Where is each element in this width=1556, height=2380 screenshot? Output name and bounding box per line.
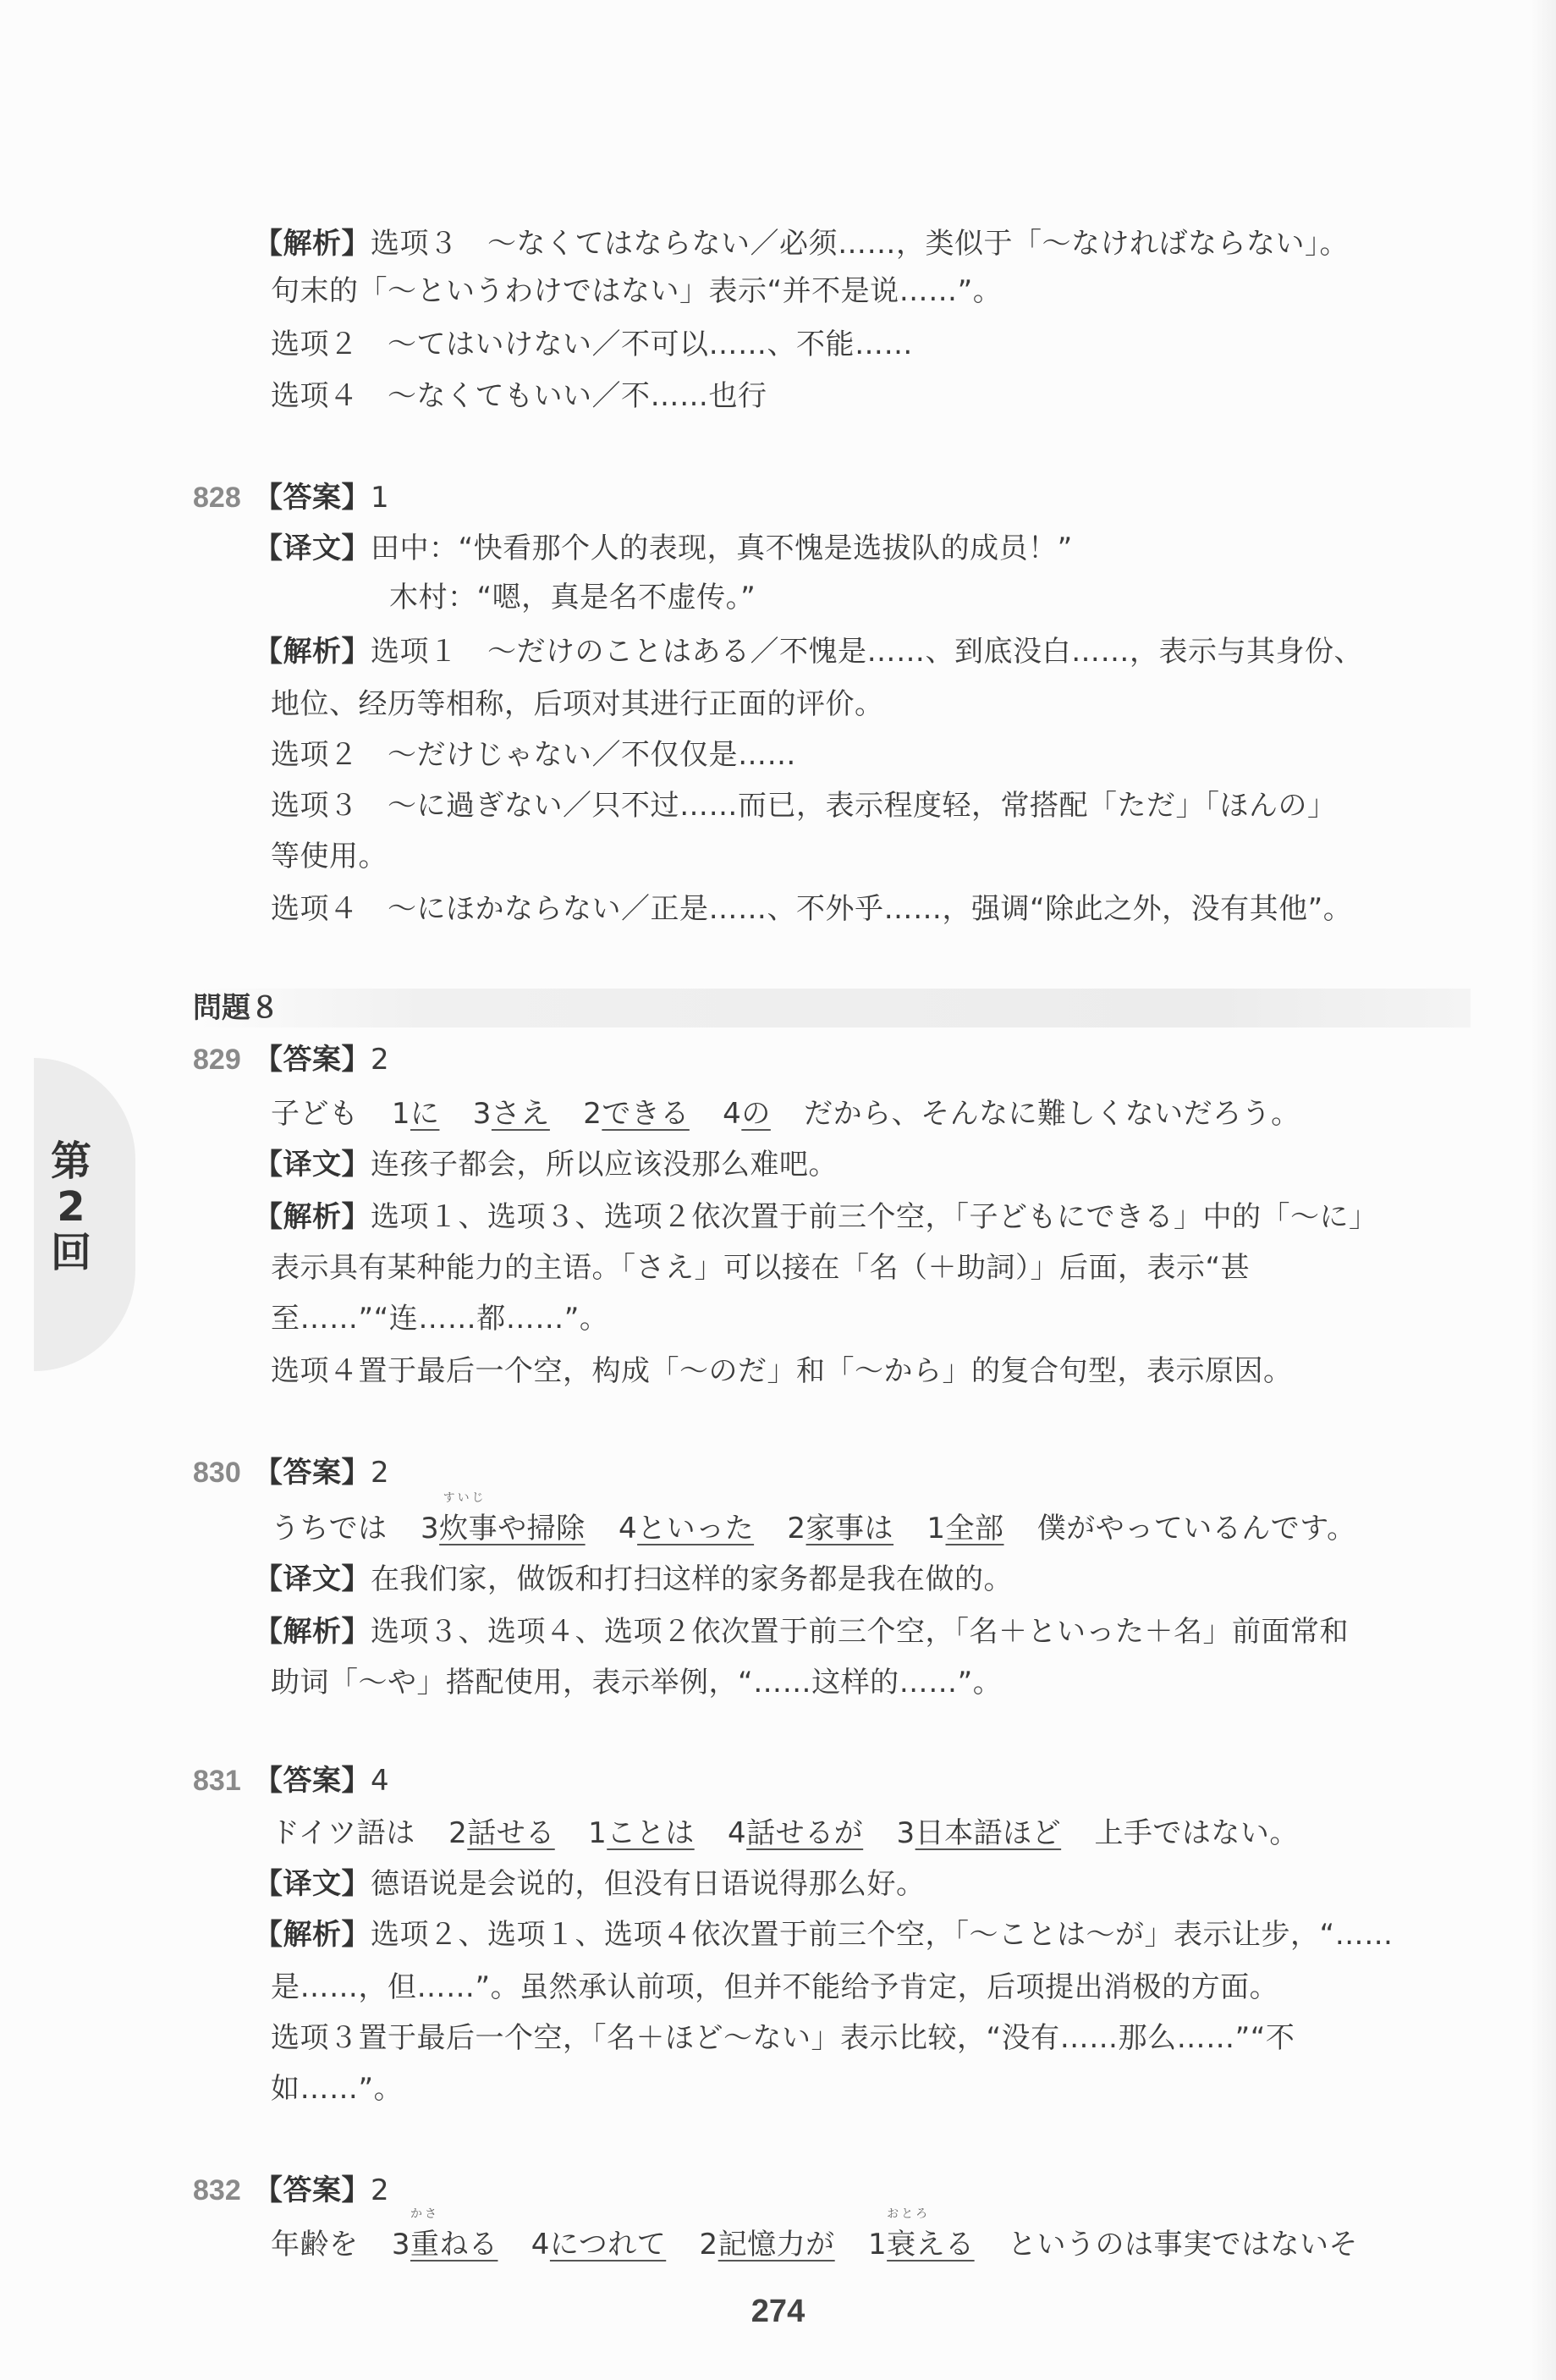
- translation-line: 【译文】连孩子都会，所以应该没那么难吧。: [254, 1146, 838, 1183]
- analysis-tag: 【解析】: [254, 227, 371, 261]
- blank-option: 1おとろ衰える: [868, 2228, 975, 2262]
- analysis-text: 选项１、选项３、选项２依次置于前三个空，「子どもにできる」中的「～に」: [371, 1200, 1378, 1234]
- translation-line: 【译文】田中：“快看那个人的表现，真不愧是选拔队的成员！”: [254, 530, 1073, 567]
- option-text: さえ: [492, 1097, 550, 1131]
- answer-value: 4: [371, 1764, 389, 1798]
- analysis-text: 选项３ ～なくてはならない／必须……，类似于「～なければならない」。: [371, 227, 1349, 261]
- analysis-line: 地位、经历等相称，后项对其进行正面的评价。: [271, 686, 884, 723]
- answer-value: 2: [371, 1043, 389, 1077]
- analysis-line: 选项３ ～に過ぎない／只不过……而已，表示程度轻，常搭配「ただ」「ほんの」: [271, 787, 1337, 824]
- analysis-line: 表示具有某种能力的主语。「さえ」可以接在「名（＋助詞）」后面，表示“甚: [271, 1249, 1250, 1286]
- option-number: 2: [700, 2228, 718, 2262]
- option-text: 日本語ほど: [915, 1816, 1062, 1850]
- blank-option: 3さえ: [473, 1097, 550, 1131]
- side-tab-char: 第: [49, 1138, 93, 1184]
- option-text: につれて: [550, 2228, 666, 2262]
- furigana: かさ: [410, 2207, 439, 2221]
- sentence-prefix: 子ども: [271, 1097, 359, 1131]
- option-text: できる: [602, 1097, 690, 1131]
- section-header-bar: [193, 989, 1471, 1027]
- side-tab-char: 2: [49, 1184, 93, 1230]
- sentence-suffix: 上手ではない。: [1094, 1816, 1299, 1850]
- option-number: 3: [473, 1097, 492, 1131]
- analysis-line: 选项２ ～だけじゃない／不仅仅是……: [271, 736, 796, 774]
- answer-tag: 【答案】: [254, 2173, 371, 2207]
- analysis-line: 【解析】选项１ ～だけのことはある／不愧是……、到底没白……，表示与其身份、: [254, 633, 1363, 670]
- page-number: 274: [0, 2294, 1556, 2330]
- analysis-line: 选项４ ～にほかならない／正是……、不外乎……，强调“除此之外，没有其他”。: [271, 890, 1352, 928]
- option-text: 重ねる: [410, 2228, 498, 2262]
- option-number: 1: [926, 1512, 945, 1545]
- question-sentence: ドイツ語は 2話せる 1ことは 4話せるが 3日本語ほど 上手ではない。: [271, 1815, 1299, 1852]
- sentence-prefix: 年齢を: [271, 2228, 359, 2262]
- option-text: といった: [637, 1512, 754, 1545]
- answer-value: 2: [371, 1456, 389, 1490]
- option-text: 衰える: [887, 2228, 975, 2262]
- option-number: 2: [583, 1097, 602, 1131]
- question-sentence: うちでは 3すいじ炊事や掃除 4といった 2家事は 1全部 僕がやっているんです…: [271, 1510, 1356, 1547]
- translation-line: 【译文】在我们家，做饭和打扫这样的家务都是我在做的。: [254, 1561, 1013, 1598]
- translation-text: 连孩子都会，所以应该没那么难吧。: [371, 1148, 838, 1182]
- option-text: に: [410, 1097, 440, 1131]
- option-number: 2: [448, 1816, 467, 1850]
- blank-option: 4といった: [619, 1512, 754, 1545]
- furigana: おとろ: [887, 2207, 915, 2221]
- furigana: すいじ: [439, 1491, 490, 1505]
- intro-analysis-line: 选项２ ～てはいけない／不可以……、不能……: [271, 326, 913, 363]
- intro-analysis-line: 句末的「～というわけではない」表示“并不是说……”。: [271, 273, 1002, 310]
- analysis-line: 【解析】选项１、选项３、选项２依次置于前三个空，「子どもにできる」中的「～に」: [254, 1198, 1378, 1236]
- chapter-side-tab-label: 第 2 回: [49, 1138, 93, 1275]
- answer-line: 【答案】2: [254, 2172, 389, 2209]
- blank-option: 2話せる: [448, 1816, 555, 1850]
- blank-option: 4の: [723, 1097, 771, 1131]
- blank-option: 1全部: [926, 1512, 1003, 1545]
- analysis-text: 选项２、选项１、选项４依次置于前三个空，「～ことは～が」表示让步，“……: [371, 1918, 1394, 1952]
- option-number: 4: [531, 2228, 550, 2262]
- answer-value: 2: [371, 2173, 389, 2207]
- translation-tag: 【译文】: [254, 1148, 371, 1182]
- analysis-tag: 【解析】: [254, 1200, 371, 1234]
- option-text: 全部: [945, 1512, 1003, 1545]
- answer-line: 【答案】2: [254, 1041, 389, 1078]
- analysis-line: 是……，但……”。虽然承认前项，但并不能给予肯定，后项提出消极的方面。: [271, 1969, 1278, 2006]
- option-number: 1: [588, 1816, 607, 1850]
- analysis-line: 如……”。: [271, 2070, 403, 2107]
- answer-value: 1: [371, 481, 389, 515]
- answer-line: 【答案】1: [254, 479, 389, 516]
- blank-option: 4につれて: [531, 2228, 666, 2262]
- answer-line: 【答案】2: [254, 1454, 389, 1491]
- translation-text: 德语说是会说的，但没有日语说得那么好。: [371, 1867, 926, 1901]
- analysis-tag: 【解析】: [254, 635, 371, 669]
- blank-option: 1ことは: [588, 1816, 695, 1850]
- translation-tag: 【译文】: [254, 1562, 371, 1596]
- option-text: 家事は: [806, 1512, 894, 1545]
- page-edge-shadow: [1531, 0, 1556, 2380]
- blank-option: 3すいじ炊事や掃除: [421, 1512, 586, 1545]
- question-number: 829: [193, 1041, 241, 1078]
- question-number: 828: [193, 479, 241, 516]
- option-number: 3: [896, 1816, 915, 1850]
- option-number: 3: [421, 1512, 439, 1545]
- intro-analysis-line: 选项４ ～なくてもいい／不……也行: [271, 377, 767, 415]
- sentence-prefix: ドイツ語は: [271, 1816, 415, 1850]
- option-text: 炊事や掃除: [439, 1512, 586, 1545]
- option-text: の: [741, 1097, 771, 1131]
- option-text: 話せる: [467, 1816, 555, 1850]
- blank-option: 3日本語ほど: [896, 1816, 1061, 1850]
- option-number: 4: [723, 1097, 741, 1131]
- option-number: 4: [619, 1512, 637, 1545]
- book-page: 第 2 回 【解析】选项３ ～なくてはならない／必须……，类似于「～なければなら…: [0, 0, 1556, 2380]
- question-sentence: 子ども 1に 3さえ 2できる 4の だから、そんなに難しくないだろう。: [271, 1095, 1300, 1132]
- intro-analysis-line: 【解析】选项３ ～なくてはならない／必须……，类似于「～なければならない」。: [254, 225, 1349, 262]
- question-number: 831: [193, 1762, 241, 1799]
- option-number: 1: [392, 1097, 410, 1131]
- translation-text: 田中：“快看那个人的表现，真不愧是选拔队的成员！”: [371, 532, 1073, 565]
- side-tab-char: 回: [49, 1230, 93, 1275]
- analysis-line: 【解析】选项３、选项４、选项２依次置于前三个空，「名＋といった＋名」前面常和: [254, 1613, 1349, 1650]
- option-number: 2: [787, 1512, 805, 1545]
- translation-tag: 【译文】: [254, 532, 371, 565]
- answer-tag: 【答案】: [254, 1764, 371, 1798]
- option-text: ことは: [607, 1816, 695, 1850]
- blank-option: 4話せるが: [728, 1816, 863, 1850]
- answer-tag: 【答案】: [254, 481, 371, 515]
- sentence-suffix: 僕がやっているんです。: [1037, 1512, 1356, 1545]
- analysis-text: 选项３、选项４、选项２依次置于前三个空，「名＋といった＋名」前面常和: [371, 1615, 1349, 1649]
- option-number: 4: [728, 1816, 746, 1850]
- answer-line: 【答案】4: [254, 1762, 389, 1799]
- blank-option: 2記憶力が: [700, 2228, 835, 2262]
- analysis-line: 选项４置于最后一个空，构成「～のだ」和「～から」的复合句型，表示原因。: [271, 1353, 1293, 1390]
- section-title: 問題８: [193, 989, 279, 1027]
- option-text: 記憶力が: [718, 2228, 835, 2262]
- sentence-prefix: うちでは: [271, 1512, 388, 1545]
- blank-option: 2できる: [583, 1097, 690, 1131]
- answer-tag: 【答案】: [254, 1456, 371, 1490]
- translation-tag: 【译文】: [254, 1867, 371, 1901]
- translation-line: 木村：“嗯，真是名不虚传。”: [389, 579, 756, 616]
- blank-option: 2家事は: [787, 1512, 893, 1545]
- sentence-suffix: というのは事実ではないそ: [1008, 2228, 1358, 2262]
- blank-option: 1に: [392, 1097, 440, 1131]
- question-number: 830: [193, 1454, 241, 1491]
- analysis-tag: 【解析】: [254, 1918, 371, 1952]
- option-text: 話せるが: [746, 1816, 863, 1850]
- blank-option: 3かさ重ねる: [392, 2228, 498, 2262]
- analysis-text: 选项１ ～だけのことはある／不愧是……、到底没白……，表示与其身份、: [371, 635, 1363, 669]
- translation-line: 【译文】德语说是会说的，但没有日语说得那么好。: [254, 1865, 926, 1903]
- analysis-tag: 【解析】: [254, 1615, 371, 1649]
- analysis-line: 至……”“连……都……”。: [271, 1300, 608, 1337]
- answer-tag: 【答案】: [254, 1043, 371, 1077]
- analysis-line: 【解析】选项２、选项１、选项４依次置于前三个空，「～ことは～が」表示让步，“……: [254, 1916, 1394, 1953]
- question-number: 832: [193, 2172, 241, 2209]
- analysis-line: 助词「～や」搭配使用，表示举例，“……这样的……”。: [271, 1664, 1002, 1701]
- translation-text: 在我们家，做饭和打扫这样的家务都是我在做的。: [371, 1562, 1013, 1596]
- option-number: 3: [392, 2228, 410, 2262]
- question-sentence: 年齢を 3かさ重ねる 4につれて 2記憶力が 1おとろ衰える というのは事実では…: [271, 2226, 1358, 2263]
- analysis-line: 选项３置于最后一个空，「名＋ほど～ない」表示比较，“没有……那么……”“不: [271, 2019, 1295, 2057]
- sentence-suffix: だから、そんなに難しくないだろう。: [804, 1097, 1300, 1131]
- analysis-line: 等使用。: [271, 838, 388, 875]
- option-number: 1: [868, 2228, 887, 2262]
